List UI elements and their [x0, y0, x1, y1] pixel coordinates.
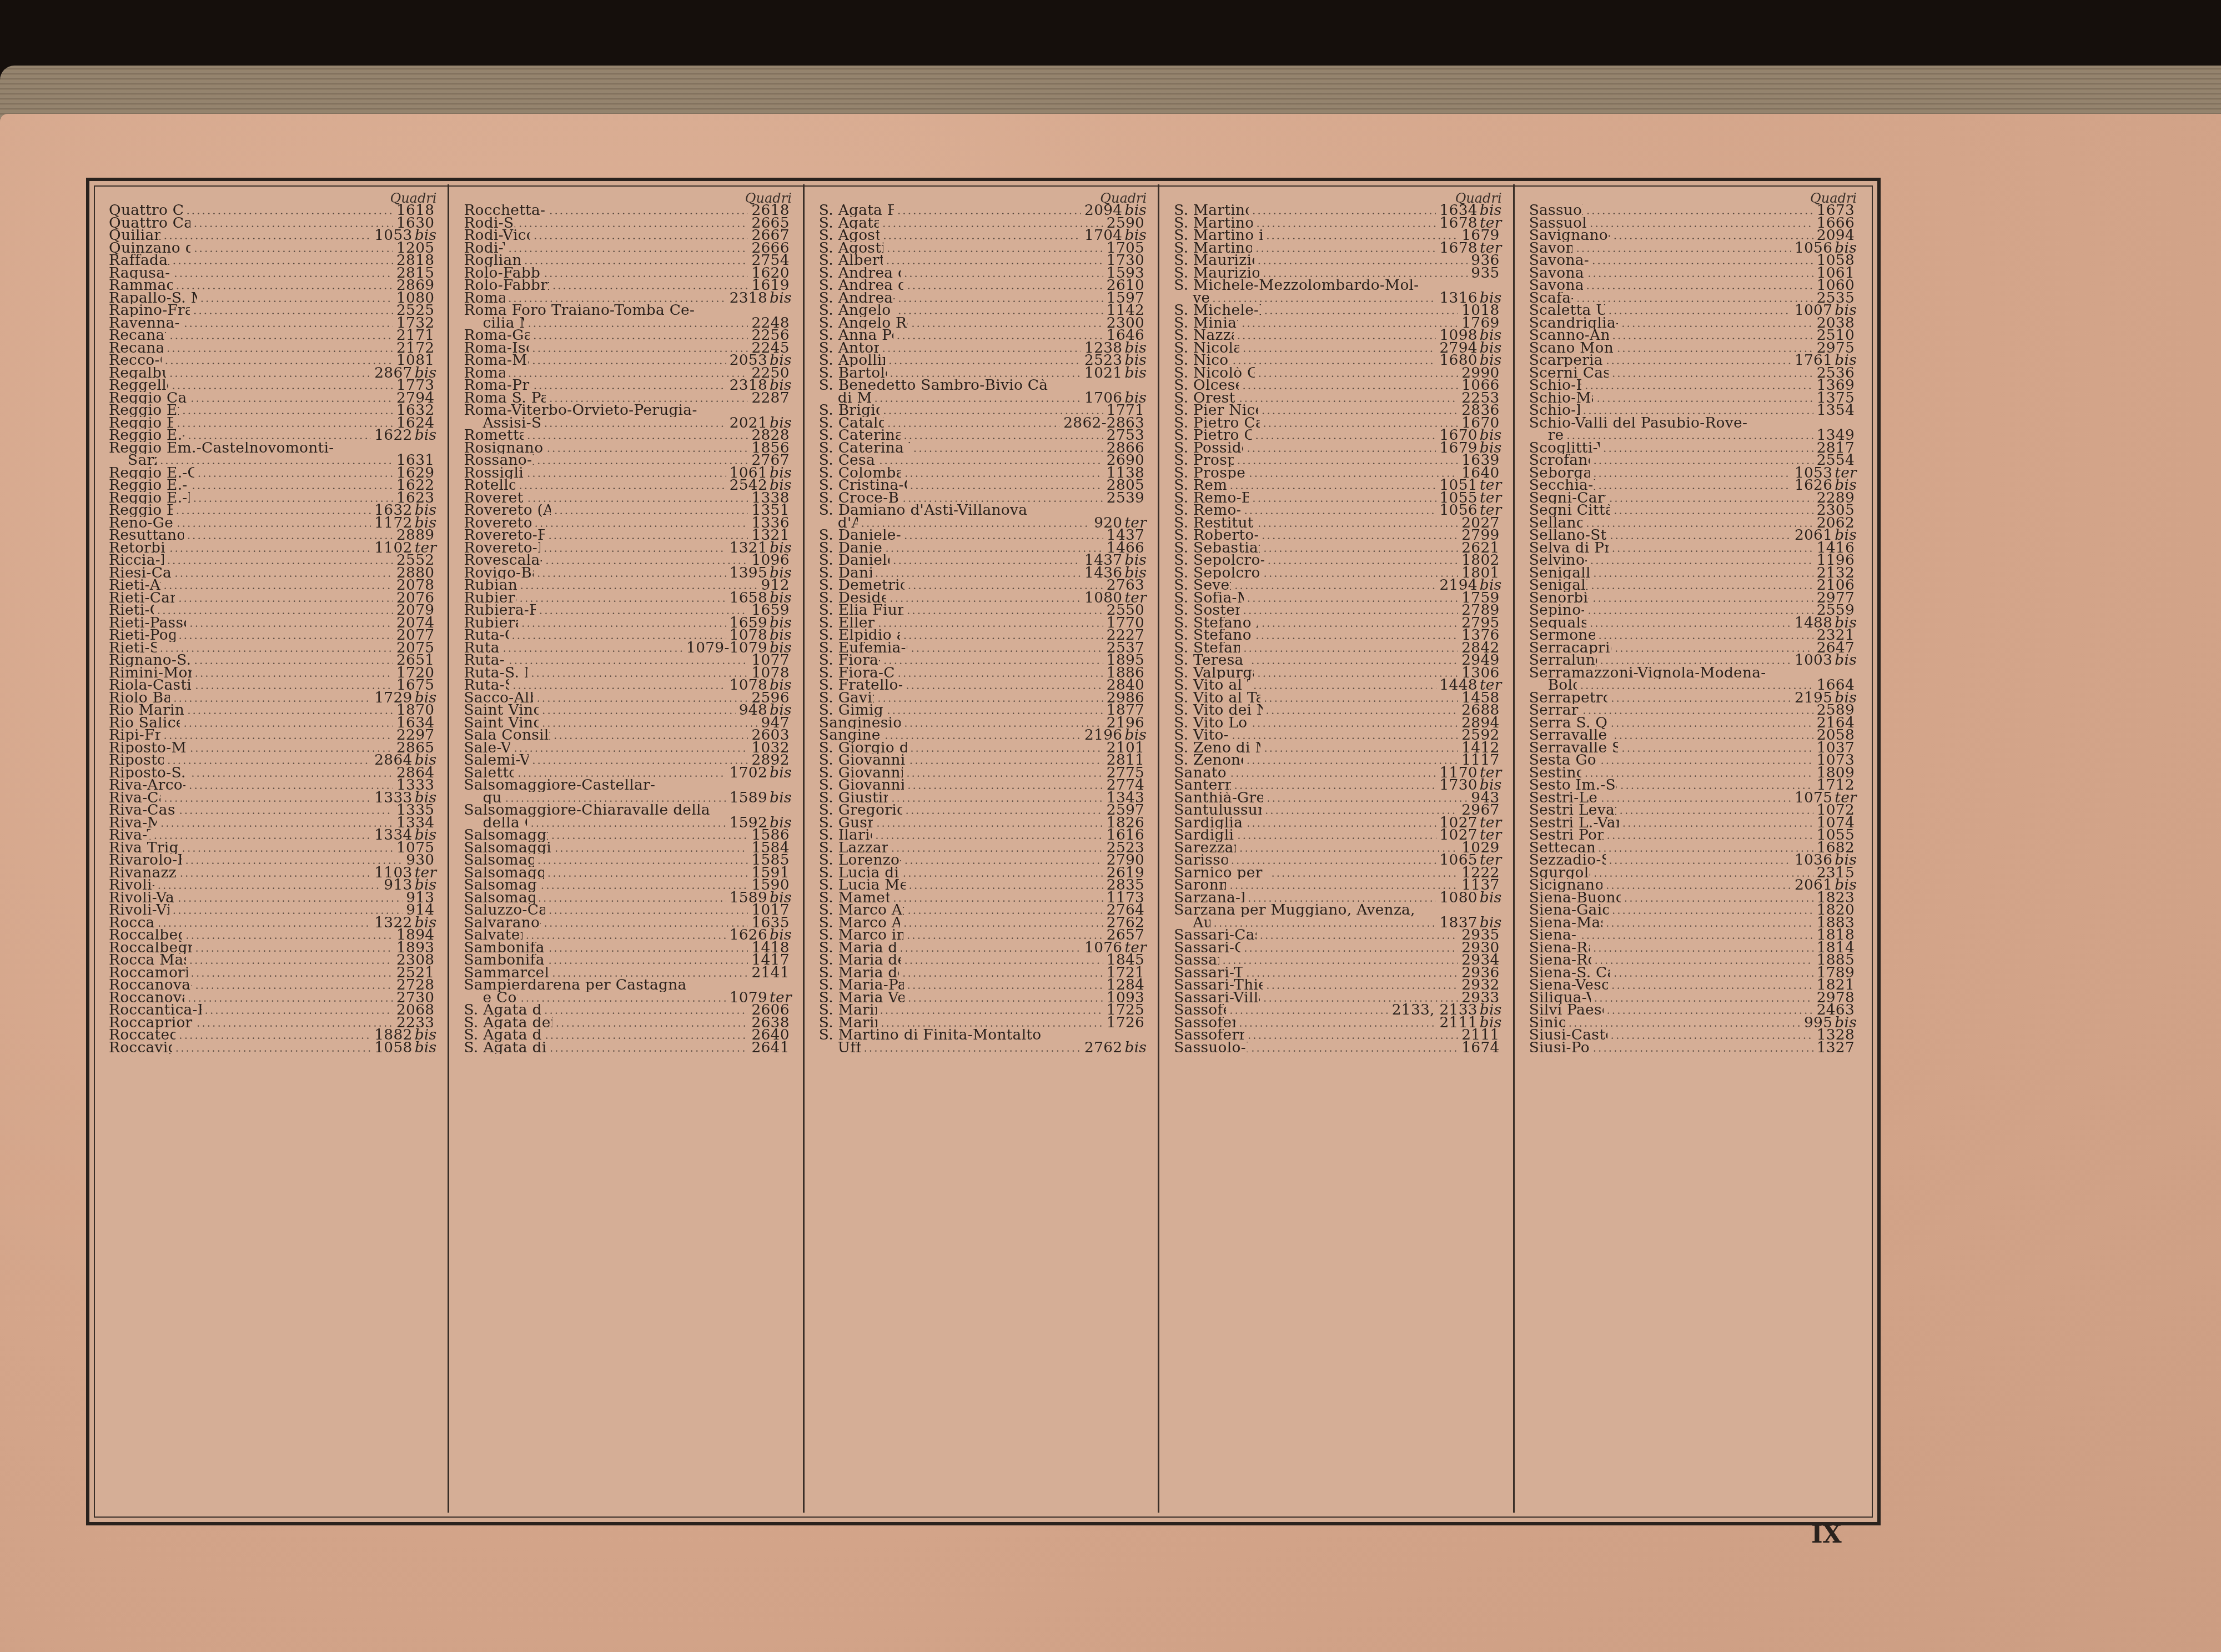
- index-entry: S. Croce-Bonefro-Stazione2539: [819, 492, 1147, 505]
- index-entry: S. Elia Fiumerapido-Cassino2550: [819, 604, 1147, 617]
- index-entry: Schio-Valli del Pasubio-Rove-: [1529, 417, 1857, 430]
- route-name: S. Agostino-Bologna: [819, 229, 880, 242]
- route-name: Salsomaggiore-Fontanellato: [464, 829, 547, 842]
- leader-dots: [890, 367, 1082, 380]
- leader-dots: [200, 292, 393, 305]
- leader-dots: [907, 779, 1103, 792]
- route-name: S. Gimignano-Siena: [819, 704, 883, 717]
- index-entry: S. Sofia-Meldola-Forlì1759: [1174, 592, 1501, 605]
- leader-dots: [1262, 617, 1458, 630]
- index-entry: S. Colombano Lambro-Lodi1138: [819, 467, 1147, 480]
- leader-dots: [1263, 267, 1468, 280]
- leader-dots: [885, 729, 1081, 742]
- index-entry: Rivoli-Valdellatorre913: [109, 892, 436, 905]
- route-name: Sestri Levante-Sesta Godano.: [1529, 804, 1616, 817]
- route-name: Saronno-Cantù: [1174, 879, 1226, 892]
- index-entry: Rivoli-Rivalta913bis: [109, 879, 436, 892]
- leader-dots: [1264, 567, 1459, 580]
- leader-dots: [160, 817, 393, 830]
- table-number-suffix: bis: [770, 764, 792, 781]
- table-number-suffix: bis: [1124, 1039, 1147, 1056]
- table-number: 1726: [1107, 1017, 1147, 1030]
- leader-dots: [1230, 479, 1436, 492]
- route-name: Scrofano-Stazione: [1529, 454, 1590, 467]
- route-name: Roccamorice-S. Valentino: [109, 967, 188, 980]
- index-entry: S. Olcese-Bolzaneto1066: [1174, 379, 1501, 392]
- table-number-value: 2141: [751, 964, 789, 981]
- leader-dots: [907, 929, 1103, 942]
- index-entry: Sarzana1631: [109, 454, 436, 467]
- index-entry: Salsomaggiore-Fontanellato1586: [464, 829, 791, 842]
- index-entry: S. Fratello-Acquedolci Staz.2840: [819, 679, 1147, 692]
- leader-dots: [508, 367, 748, 380]
- route-name: Rodi-S. Severo: [464, 217, 515, 230]
- leader-dots: [1247, 442, 1436, 455]
- route-name: Sale-Voghera: [464, 742, 510, 755]
- route-name: S. Andrea-Fornovo Taro.: [819, 292, 895, 305]
- table-number: 1674: [1461, 1042, 1501, 1055]
- route-name: S. Agata dei Goti-Arpaia.: [464, 1004, 541, 1017]
- route-name: Serralunga d'Alba-Alba: [1529, 654, 1597, 667]
- index-entry: S. Prospero-Carpi1639: [1174, 454, 1501, 467]
- route-name: Riola-Castiglione dei Pepoli: [109, 679, 192, 692]
- table-number-value: 2287: [751, 389, 789, 406]
- route-name: Savona-Cairo: [1529, 242, 1573, 255]
- route-name: Rivanazzano-Casteggio: [109, 867, 177, 880]
- leader-dots: [878, 617, 1103, 630]
- route-name: S. Nicolò-Bologna: [1174, 354, 1229, 367]
- leader-dots: [548, 529, 748, 542]
- index-entry: S. Sepolcro-Mercatino Marecc.1802: [1174, 554, 1501, 567]
- route-name: S. Marino-Torello: [819, 1017, 877, 1030]
- index-entry: S. Lazzaro-Bomerano2523: [819, 842, 1147, 855]
- index-entry: Roma-Marina di Ostia2053bis: [464, 354, 791, 367]
- leader-dots: [1622, 817, 1813, 830]
- route-name: Regalbuto-Catania: [109, 367, 166, 380]
- table-number: 1327: [1817, 1042, 1857, 1055]
- leader-dots: [508, 242, 748, 255]
- leader-dots: [169, 542, 371, 555]
- table-number-value: 2762: [1084, 1039, 1122, 1056]
- leader-dots: [1587, 604, 1813, 617]
- route-name: S. Giovanni in Fiore-Cotrone: [819, 779, 904, 792]
- index-entry: S. Caterina Villar.-Caltanissetta2866: [819, 442, 1147, 455]
- leader-dots: [182, 842, 393, 855]
- index-entry: Quinzano d'Oglio-Cremona1205: [109, 242, 436, 255]
- route-name: Salemi-Vita-Trapani: [464, 754, 529, 767]
- index-entry: Segni-Carpineto-Piperno2289: [1529, 492, 1857, 505]
- route-name: Rossiglione-Tiglieto: [464, 467, 524, 480]
- route-name: Siena-Radicondoli: [1529, 942, 1590, 955]
- leader-dots: [1234, 579, 1436, 592]
- index-entry: Sassari-Thiesi-Pozzomaggiore.2932: [1174, 979, 1501, 992]
- index-entry: Senigallia-Arcevia2132: [1529, 567, 1857, 580]
- route-name: Riolo Bagni-Marradi: [109, 692, 170, 705]
- leader-dots: [519, 217, 748, 230]
- index-entry: Rieti-Poggio Mirteto2077: [109, 629, 436, 642]
- index-entry: S. Vito dei Normanni-Stazione2688: [1174, 704, 1501, 717]
- leader-dots: [910, 479, 1103, 492]
- leader-dots: [1576, 292, 1813, 305]
- route-name: Sanginesio-Tolentino: [819, 729, 881, 742]
- route-name: Siena-Buonconvento-Radicofani: [1529, 892, 1621, 905]
- leader-dots: [169, 367, 371, 380]
- leader-dots: [174, 567, 393, 580]
- index-entry: Rieti-Carsoli2079: [109, 604, 436, 617]
- index-entry: Riolo Bagni-Marradi1729bis: [109, 692, 436, 705]
- leader-dots: [1585, 767, 1813, 780]
- route-name: Roma-Pratica di Mare.: [464, 379, 530, 392]
- leader-dots: [1271, 867, 1458, 880]
- route-name: Salsomaggiore-Noceto-Parma: [464, 842, 551, 855]
- leader-dots: [1606, 917, 1813, 930]
- route-name: Rivarolo-Forno-Rivara: [109, 854, 182, 867]
- leader-dots: [1212, 292, 1436, 305]
- leader-dots: [552, 279, 748, 292]
- route-name: Uffugo: [838, 1042, 861, 1055]
- route-name: S. Lucia di Serino-Avellino: [819, 867, 900, 880]
- index-entry: Rogliano-Parenti2754: [464, 254, 791, 267]
- index-entry: Sassoferrato-Stazione2111: [1174, 1029, 1501, 1042]
- leader-dots: [185, 929, 393, 942]
- route-name: Rovereto-Folgaria-Serrada: [464, 529, 545, 542]
- route-name: della Colomba.: [483, 817, 527, 830]
- route-name: Reggio E.-Brescello: [109, 417, 173, 430]
- index-column-3: Quadri S. Agata F.-Mercatino Mar.2094bis…: [805, 184, 1159, 1513]
- route-name: Reggio E.-Paderna-Casina: [109, 479, 188, 492]
- index-entry: Ragusa-Mazzarelli2815: [109, 267, 436, 280]
- index-entry: Scerni Casalbordino Staz.2536: [1529, 367, 1857, 380]
- route-name: S. Teresa Gallura-Palau: [1174, 654, 1248, 667]
- route-name: Salsomaggiore-Tabiano: [464, 879, 537, 892]
- route-name: Ruta-Camogli: [464, 629, 508, 642]
- leader-dots: [160, 454, 393, 467]
- leader-dots: [555, 842, 748, 855]
- route-name: Sassari-Tempio-Palau: [1174, 967, 1243, 980]
- index-entry: S. Ellero-Saltino1770: [819, 617, 1147, 630]
- index-entry: S. Possidonio-Mirandola1679bis: [1174, 442, 1501, 455]
- index-entry: S. Maria-Passo dello Stelvio.1284: [819, 979, 1147, 992]
- index-entry: Quiliano-Savona1053bis: [109, 229, 436, 242]
- leader-dots: [1606, 354, 1791, 367]
- route-name: S. Angelo Rom.-Montecelio St.: [819, 317, 908, 330]
- leader-dots: [1214, 917, 1436, 930]
- route-name: Riva-Casa Rossa: [109, 792, 160, 805]
- route-name: Sambonifacio-Montagnana: [464, 942, 545, 955]
- leader-dots: [173, 254, 393, 267]
- route-name: Reggio Em.-Castelnovomonti-: [109, 442, 334, 455]
- route-name: S. Possidonio-Mirandola: [1174, 442, 1243, 455]
- route-name: S. Lazzaro-Bomerano: [819, 842, 888, 855]
- leader-dots: [1246, 967, 1458, 980]
- leader-dots: [532, 354, 726, 367]
- index-entry: Sardigliano-Tortona1027ter: [1174, 829, 1501, 842]
- route-name: Selva di Progno-Tregnago: [1529, 542, 1609, 555]
- index-entry: S. Remo-Ponte S. Luigi1056ter: [1174, 504, 1501, 517]
- route-name: S. Remo-Baiardo: [1174, 479, 1227, 492]
- route-name: S. Prospero-Mirandola: [1174, 467, 1245, 480]
- table-number-value: 1021: [1084, 364, 1122, 381]
- route-name: Sarzana-Bocca di Magra: [1174, 892, 1244, 905]
- index-entry: Roccanova-Ponte Salomone2728: [109, 979, 436, 992]
- index-entry: S. Sebastiano al V.-S. Giorgio2621: [1174, 542, 1501, 555]
- leader-dots: [554, 504, 748, 517]
- index-entry: Scarperia-S. Piero a Sieve1761bis: [1529, 354, 1857, 367]
- route-name: Sellano-Staz. Borgo Cerreto: [1529, 529, 1607, 542]
- route-name: S. Agata-Sorrento: [819, 217, 879, 230]
- leader-dots: [554, 729, 748, 742]
- leader-dots: [541, 879, 748, 892]
- route-name: Sezzadio-Sezzadio Stazione: [1529, 854, 1606, 867]
- leader-dots: [167, 342, 393, 355]
- leader-dots: [189, 779, 393, 792]
- route-name: S. Angelo Lod.-Miradolo: [819, 304, 895, 317]
- leader-dots: [512, 679, 726, 692]
- index-entry: Rammacca-Scordia2869: [109, 279, 436, 292]
- leader-dots: [1614, 729, 1813, 742]
- leader-dots: [154, 829, 371, 842]
- leader-dots: [542, 704, 736, 717]
- index-entry: Rocca Massima-Stazione2308: [109, 954, 436, 967]
- route-name: e Coronata: [483, 992, 517, 1005]
- index-entry: S. Sostene-Soverato2789: [1174, 604, 1501, 617]
- leader-dots: [177, 417, 393, 430]
- leader-dots: [1263, 542, 1458, 555]
- route-name: S. Michele-Mezzolombardo-Mol-: [1174, 279, 1419, 292]
- route-name: Sardigliano-Novi Ligure: [1174, 817, 1243, 830]
- index-entry: Siena-Massa Marittima1883: [1529, 917, 1857, 930]
- leader-dots: [1249, 467, 1458, 480]
- route-name: Rivoli-Valdellatorre: [109, 892, 174, 905]
- leader-dots: [1258, 367, 1458, 380]
- route-name: Salsomaggiore-Chiaravalle della: [464, 804, 710, 817]
- route-name: Recco-Chiavari: [109, 354, 162, 367]
- index-entry: Schio-Malo-Vicenza1375: [1529, 392, 1857, 405]
- index-entry: cilia Metella2248: [464, 317, 791, 330]
- leader-dots: [1611, 979, 1813, 992]
- leader-dots: [164, 729, 393, 742]
- table-number-value: 1702: [730, 764, 767, 781]
- leader-dots: [178, 892, 403, 905]
- route-name: Siena-Gaiole-Montevarchi: [1529, 904, 1609, 917]
- leader-dots: [1255, 429, 1436, 442]
- route-name: Roma S. Paolo-Tre Fontane: [464, 392, 546, 405]
- leader-dots: [887, 704, 1103, 717]
- route-name: Ravenna-Porto Corsini: [109, 317, 180, 330]
- index-entry: Ruta-Recco1077: [464, 654, 791, 667]
- route-name: Sestino-Urbino: [1529, 767, 1581, 780]
- leader-dots: [887, 242, 1103, 255]
- leader-dots: [550, 1042, 748, 1055]
- leader-dots: [1267, 792, 1468, 805]
- leader-dots: [534, 379, 726, 392]
- route-name: Reno-Gemonio-Varese: [109, 517, 173, 530]
- route-name: Serra S. Quirico-Stazione: [1529, 717, 1607, 730]
- leader-dots: [1612, 904, 1813, 917]
- leader-dots: [508, 292, 726, 305]
- leader-dots: [898, 667, 1103, 680]
- index-entry: Rodi-Vieste2666: [464, 242, 791, 255]
- leader-dots: [1251, 654, 1458, 667]
- index-entry: Sassari-Tempio-Palau2936: [1174, 967, 1501, 980]
- leader-dots: [1614, 504, 1813, 517]
- route-name: S. Gregorio Magno-Buccino: [819, 804, 902, 817]
- route-name: Reggio E.-Castelnovomonti: [109, 429, 184, 442]
- index-entry: S. Nicolò-Bologna1680bis: [1174, 354, 1501, 367]
- route-name: Sampierdarena per Castagna: [464, 979, 686, 992]
- leader-dots: [549, 942, 748, 955]
- index-entry: Sarissola-Busalla1065ter: [1174, 854, 1501, 867]
- route-name: S. Cristina-Oppido M.-Gioia T.: [819, 479, 907, 492]
- leader-dots: [179, 629, 394, 642]
- route-name: Sestri-Levante-Chiavari: [1529, 792, 1598, 805]
- index-entry: Rodi-Vico Garganico2667: [464, 229, 791, 242]
- table-number: 1702bis: [730, 767, 792, 780]
- leader-dots: [1600, 654, 1791, 667]
- route-name: Sarnico per Grumello e Bergamo: [1174, 867, 1268, 880]
- route-name: S. Desiderio-Borgoratti: [819, 592, 887, 605]
- leader-dots: [197, 1017, 393, 1030]
- leader-dots: [535, 517, 748, 530]
- route-name: S. Remo-Borello S. Romolo: [1174, 492, 1249, 505]
- index-entry: Rovereto-Noriglio-Folgaria.1321bis: [464, 542, 791, 555]
- index-entry: Sestri L.-Varese Lig.-Borgotaro1074: [1529, 817, 1857, 830]
- leader-dots: [904, 954, 1103, 967]
- leader-dots: [1592, 592, 1813, 605]
- leader-dots: [520, 592, 726, 605]
- leader-dots: [1257, 667, 1458, 680]
- route-name: Sarzana per Muggiano, Avenza,: [1174, 904, 1415, 917]
- route-name: Savona-Varazze: [1529, 279, 1583, 292]
- index-entry: di Martino1706bis: [819, 392, 1147, 405]
- route-name: Savignano-S. Agata Feltria: [1529, 229, 1610, 242]
- index-entry: S. Cataldo-Caltanissetta.2862-2863: [819, 417, 1147, 430]
- route-name: Riva-Cascata-Varone: [109, 804, 175, 817]
- index-entry: Scanno-Anversa-Sulmona.2510: [1529, 329, 1857, 342]
- leader-dots: [882, 217, 1103, 230]
- route-name: Salsomaggiore-Vigoleno.: [464, 892, 534, 905]
- leader-dots: [179, 804, 393, 817]
- route-name: Riva-Torbole: [109, 829, 150, 842]
- route-name: S. Maria del Giudice-Lucca: [819, 954, 901, 967]
- index-entry: S. Michele-Pamparato e Viola1018: [1174, 304, 1501, 317]
- index-entry: S. Eufemia-Caramanico Scafa.2537: [819, 642, 1147, 655]
- index-entry: Riva-Cascata-Varone1335: [109, 804, 436, 817]
- route-name: Rio Marina-Portoferraio: [109, 704, 184, 717]
- index-entry: Riposto-S. Venera2864bis: [109, 754, 436, 767]
- leader-dots: [509, 654, 748, 667]
- route-name: S. Daniele-Udine: [819, 567, 872, 580]
- route-name: Roma-Viterbo-Orvieto-Perugia-: [464, 404, 697, 417]
- route-name: S. Elpidio a Mare-Stazione: [819, 629, 900, 642]
- route-name: S. Stefano Aspr.-Reggio Cal.: [1174, 617, 1258, 630]
- route-name: S. Elia Fiumerapido-Cassino: [819, 604, 903, 617]
- table-number-value: 1003: [1795, 651, 1832, 669]
- table-number: [434, 442, 436, 455]
- route-name: Salvaterra-Modena: [464, 929, 522, 942]
- leader-dots: [542, 717, 758, 730]
- index-entry: Rotello-Stazione2542bis: [464, 479, 791, 492]
- index-entry: Savona-Cairo1056bis: [1529, 242, 1857, 255]
- index-entry: Regalbuto-Catania2867bis: [109, 367, 436, 380]
- quadri-header: Quadri: [1529, 192, 1857, 204]
- index-entry: S. Elpidio a Mare-Stazione2227: [819, 629, 1147, 642]
- table-number: [1855, 417, 1857, 430]
- route-name: Ripi-Frosinone: [109, 729, 160, 742]
- route-name: reto: [1548, 429, 1564, 442]
- index-entry: Reggio E.-Castelnovomonti1622bis: [109, 429, 436, 442]
- table-number-suffix: bis: [1835, 651, 1857, 669]
- leader-dots: [548, 954, 748, 967]
- index-entry: S. Marco Arg.-S. Marco Rog.2764: [819, 904, 1147, 917]
- leader-dots: [527, 492, 748, 505]
- index-entry: Serravalle Scrivia-Cabella Lig.1037: [1529, 742, 1857, 755]
- route-name: S. Anna Pelago-Modena: [819, 329, 893, 342]
- route-name: Sassuolo-Quara: [1529, 204, 1583, 217]
- leader-dots: [167, 554, 393, 567]
- route-name: S. Alberto-Ravenna: [819, 254, 883, 267]
- leader-dots: [861, 517, 1091, 530]
- leader-dots: [875, 567, 1081, 580]
- index-entry: Sassari-Castelsardo-Laerru2935: [1174, 929, 1501, 942]
- leader-dots: [551, 829, 748, 842]
- leader-dots: [1593, 454, 1813, 467]
- index-entry: S. Marino-Rimini1725: [819, 1004, 1147, 1017]
- leader-dots: [898, 292, 1103, 305]
- leader-dots: [891, 792, 1103, 805]
- leader-dots: [898, 304, 1103, 317]
- leader-dots: [1590, 554, 1813, 567]
- route-name: Saluzzo-Cavallermaggiore.: [464, 904, 545, 917]
- leader-dots: [173, 904, 403, 917]
- leader-dots: [195, 679, 393, 692]
- route-name: S. Agata dei Goti-Maddaloni I.: [464, 1017, 552, 1030]
- leader-dots: [521, 617, 726, 630]
- leader-dots: [536, 692, 748, 705]
- route-name: S. Marco Arg.-S. Marco Rog.: [819, 904, 905, 917]
- route-name: Roma-Marina di Ostia: [464, 354, 529, 367]
- leader-dots: [520, 579, 758, 592]
- leader-dots: [891, 842, 1103, 855]
- index-entry: Serrara-Ischia2589: [1529, 704, 1857, 717]
- leader-dots: [1268, 554, 1459, 567]
- leader-dots: [1243, 604, 1459, 617]
- leader-dots: [193, 304, 393, 317]
- leader-dots: [1609, 492, 1813, 505]
- route-name: S. Lorenzo-Bagaladi-Melito: [819, 854, 901, 867]
- index-entry: Reggio E.-Paderna-Casina1622: [109, 479, 436, 492]
- leader-dots: [1255, 629, 1458, 642]
- index-entry: S. Alberto-Ravenna1730: [819, 254, 1147, 267]
- leader-dots: [1615, 642, 1813, 655]
- leader-dots: [1593, 467, 1791, 480]
- leader-dots: [182, 404, 393, 417]
- leader-dots: [544, 542, 726, 555]
- route-name: Sacco-Albanella Staz.: [464, 692, 533, 705]
- index-entry: reto1349: [1529, 429, 1857, 442]
- route-name: Sassari-Thiesi-Pozzomaggiore.: [1174, 979, 1263, 992]
- route-name: Rubiera-Reggio Emilia: [464, 604, 535, 617]
- leader-dots: [1243, 642, 1458, 655]
- leader-dots: [526, 929, 726, 942]
- index-entry: S. Oreste-Stazione2253: [1174, 392, 1501, 405]
- table-number: 1589bis: [730, 792, 792, 805]
- route-name: S. Bartolomeo-Beinette: [819, 367, 887, 380]
- route-name: Rovescala-S. Maria Versa: [464, 554, 542, 567]
- index-entry: Savona-Varazze1060: [1529, 279, 1857, 292]
- route-name: Roma Foro Traiano-Tomba Ce-: [464, 304, 695, 317]
- route-name: S. Severino-Loreto: [1174, 579, 1231, 592]
